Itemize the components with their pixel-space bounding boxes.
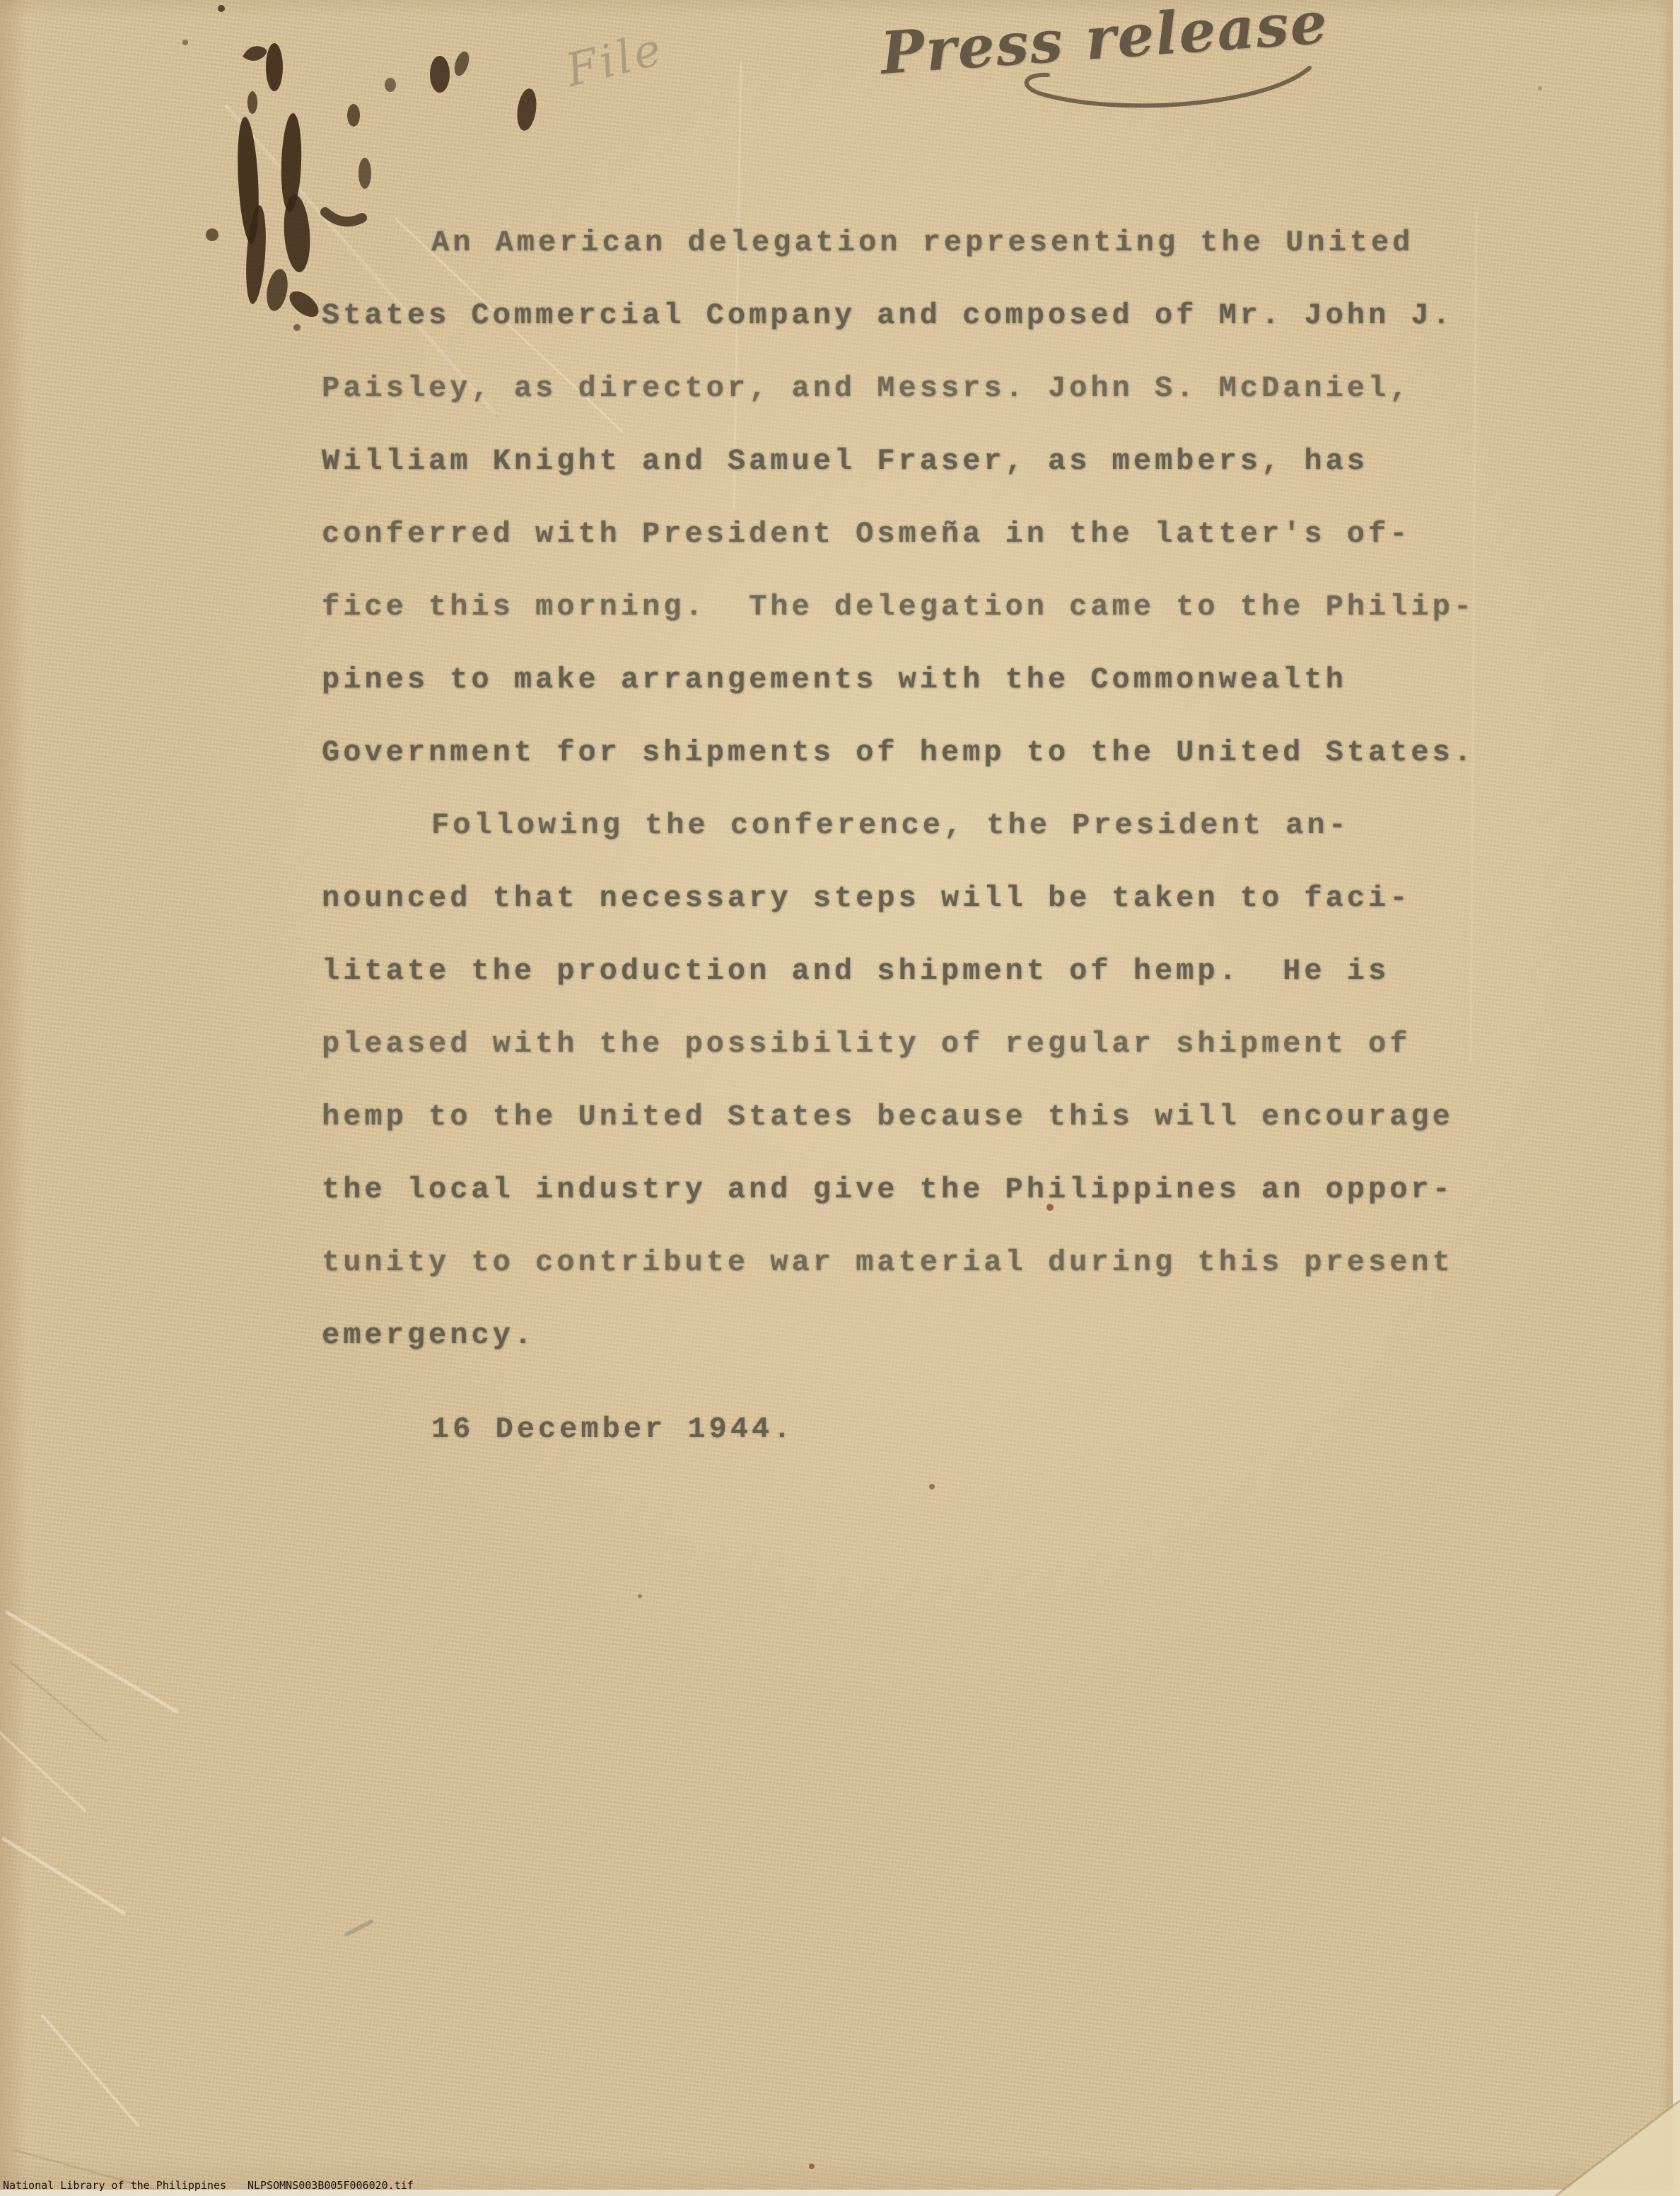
typewritten-line: nounced that necessary steps will be tak…	[322, 862, 1524, 935]
handwritten-press-release-note: Press release	[878, 0, 1330, 88]
typewritten-line: hemp to the United States because this w…	[322, 1081, 1524, 1154]
typewritten-line: tunity to contribute war material during…	[322, 1226, 1524, 1299]
typewritten-line: the local industry and give the Philippi…	[322, 1154, 1524, 1226]
typewritten-line: litate the production and shipment of he…	[322, 935, 1524, 1008]
typewritten-line: pines to make arrangements with the Comm…	[322, 644, 1524, 716]
library-name-label: National Library of the Philippines	[3, 2178, 226, 2193]
scan-filename-label: NLPSOMNS003B005F006020.tif	[247, 2178, 414, 2193]
digitization-footer: National Library of the Philippines NLPS…	[0, 2178, 1680, 2196]
typewritten-line: fice this morning. The delegation came t…	[322, 571, 1524, 644]
typewritten-line: conferred with President Osmeña in the l…	[322, 498, 1524, 571]
typewritten-line: Following the conference, the President …	[322, 789, 1524, 862]
typewritten-line: An American delegation representing the …	[322, 207, 1524, 279]
typewritten-line: Government for shipments of hemp to the …	[322, 716, 1524, 789]
typewritten-line: Paisley, as director, and Messrs. John S…	[322, 352, 1524, 425]
date-line: 16 December 1944.	[431, 1393, 794, 1466]
handwritten-file-note: File	[561, 23, 669, 97]
typewritten-line: emergency.	[322, 1299, 1524, 1372]
typewritten-line: William Knight and Samuel Fraser, as mem…	[322, 425, 1524, 498]
typewritten-line: pleased with the possibility of regular …	[322, 1008, 1524, 1081]
typewritten-line: States Commercial Company and composed o…	[322, 279, 1524, 352]
scanned-document-page: File Press release An American delegatio…	[0, 0, 1680, 2196]
typewritten-body: An American delegation representing the …	[322, 207, 1524, 1372]
